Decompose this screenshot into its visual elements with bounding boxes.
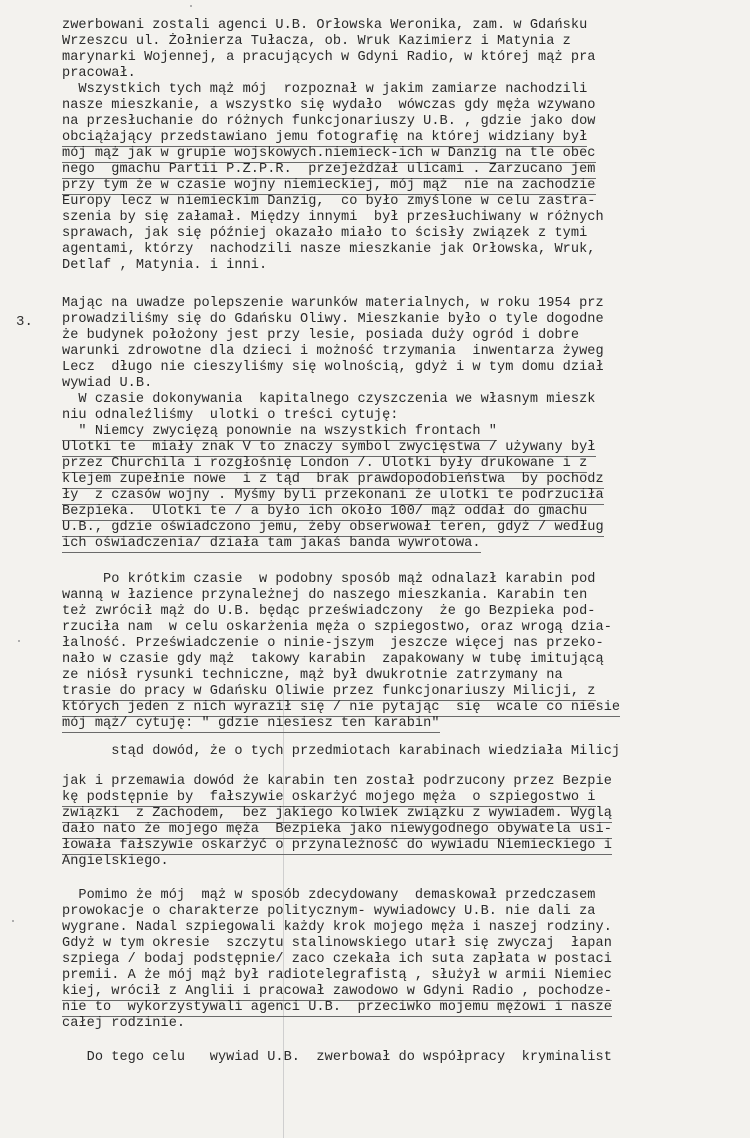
text-line: nasze mieszkanie, a wszystko się wydało … [62, 98, 596, 114]
text-line: kiej, wrócił z Anglii i pracował zawodow… [62, 984, 612, 1001]
typewritten-document-page: 3. zwerbowani zostali agenci U.B. Orłows… [0, 0, 750, 1138]
text-line: niu odnaleźliśmy ulotki o treści cytuję: [62, 408, 399, 424]
text-line: pracował. [62, 66, 136, 82]
text-line: Wszystkich tych mąż mój rozpoznał w jaki… [62, 82, 587, 98]
text-line: ły z czasów wojny . Myśmy byli przekonan… [62, 488, 604, 505]
text-line: stąd dowód, że o tych przedmiotach karab… [62, 744, 620, 760]
paper-speck [190, 5, 192, 7]
text-line: Detlaf , Matynia. i inni. [62, 258, 267, 274]
text-line: łalność. Przeświadczenie o ninie-jszym j… [62, 636, 604, 652]
text-line: związki z Zachodem, bez jakiego kolwiek … [62, 806, 612, 823]
text-line: ze niósł rysunki techniczne, mąż był dwu… [62, 668, 563, 684]
text-line: mój mąż/ cytuję: " gdzie niesiesz ten ka… [62, 716, 440, 733]
text-line: ich oświadczenia/ działa tam jakaś banda… [62, 536, 481, 553]
text-line: obciążający przedstawiano jemu fotografi… [62, 130, 587, 147]
text-line: jak i przemawia dowód że karabin ten zos… [62, 774, 612, 790]
text-line: nego gmachu Partii P.Z.P.R. przejeżdżał … [62, 162, 596, 179]
text-line: prowadziliśmy się do Gdańsku Oliwy. Mies… [62, 312, 604, 328]
text-line: marynarki Wojennej, a pracujących w Gdyn… [62, 50, 596, 66]
text-line: wanną w łazience przynależnej do naszego… [62, 588, 587, 604]
section-number: 3. [16, 314, 33, 330]
text-line: całej rodzinie. [62, 1016, 185, 1032]
text-line: Bezpieka. Ulotki te / a było ich około 1… [62, 504, 587, 521]
text-line: Angielskiego. [62, 854, 169, 870]
text-line: sprawach, jak się później okazało miało … [62, 226, 587, 242]
text-line: Po krótkim czasie w podobny sposób mąż o… [62, 572, 596, 588]
text-line: kę podstępnie by fałszywie oskarżyć moje… [62, 790, 596, 807]
text-line: szpiega / bodaj podstępnie/ zaco czekała… [62, 952, 612, 968]
text-line: prowokacje o charakterze politycznym- wy… [62, 904, 596, 920]
text-line: nało w czasie gdy mąż takowy karabin zap… [62, 652, 604, 668]
text-line: premii. A że mój mąż był radiotelegrafis… [62, 968, 612, 984]
text-line: agentami, którzy nachodzili nasze mieszk… [62, 242, 596, 258]
text-line: wywiad U.B. [62, 376, 152, 392]
text-line: Ulotki te miały znak V to znaczy symbol … [62, 440, 596, 457]
text-line: że budynek położony jest przy lesie, pos… [62, 328, 579, 344]
text-line: nie to wykorzystywali agenci U.B. przeci… [62, 1000, 612, 1017]
text-line: dało nato że mojego męża Bezpieka jako n… [62, 822, 612, 839]
text-line: Mając na uwadze polepszenie warunków mat… [62, 296, 604, 312]
text-line: trasie do pracy w Gdańsku Oliwie przez f… [62, 684, 596, 701]
text-line: przy tym że w czasie wojny niemieckiej, … [62, 178, 596, 195]
text-line: U.B., gdzie oświadczono jemu, żeby obser… [62, 520, 604, 537]
text-line: też zwrócił mąż do U.B. będąc przeświadc… [62, 604, 596, 620]
text-line: Wrzeszcu ul. Żołnierza Tułacza, ob. Wruk… [62, 34, 571, 50]
text-line: przez Churchila i rozgłośnię London /. U… [62, 456, 587, 473]
paper-speck [18, 640, 20, 642]
text-line: warunki zdrowotne dla dzieci i możność t… [62, 344, 604, 360]
text-line: wygrane. Nadal szpiegowali każdy krok mo… [62, 920, 612, 936]
text-line: Europy lecz w niemieckim Danzig, co było… [62, 194, 596, 210]
text-line: których jeden z nich wyraził się / nie p… [62, 700, 620, 717]
text-line: Gdyż w tym okresie szczytu stalinowskieg… [62, 936, 612, 952]
text-line: mój mąż jak w grupie wojskowych.niemieck… [62, 146, 596, 163]
text-line: na przesłuchanie do różnych funkcjonariu… [62, 114, 596, 130]
text-line: " Niemcy zwycięzą ponownie na wszystkich… [62, 424, 497, 441]
text-line: zwerbowani zostali agenci U.B. Orłowska … [62, 18, 587, 34]
paper-speck [12, 920, 14, 922]
text-line: rzuciła nam w celu oskarżenia męża o szp… [62, 620, 612, 636]
text-line: W czasie dokonywania kapitalnego czyszcz… [62, 392, 596, 408]
text-line: łowała fałszywie oskarżyć o przynależnoś… [62, 838, 612, 855]
text-line: klejem zupełnie nowe i z tąd brak prawdo… [62, 472, 604, 489]
text-line: Do tego celu wywiad U.B. zwerbował do ws… [62, 1050, 612, 1066]
text-line: Lecz długo nie cieszyliśmy się wolnością… [62, 360, 604, 376]
text-line: szenia by się załamał. Między innymi był… [62, 210, 604, 226]
text-line: Pomimo że mój mąż w sposób zdecydowany d… [62, 888, 596, 904]
